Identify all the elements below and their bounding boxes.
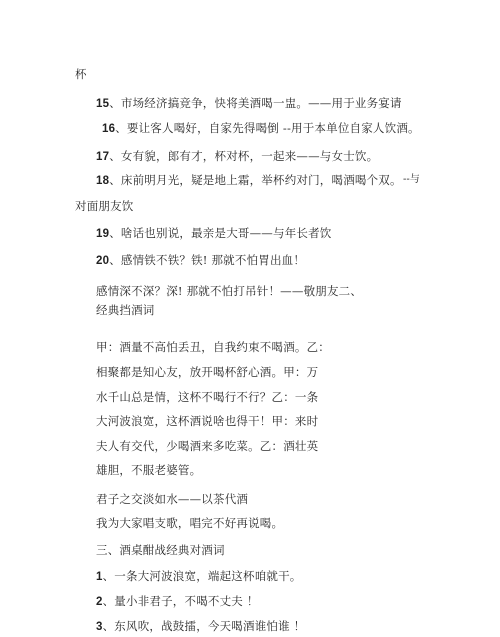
list-item-16: 16、要让客人喝好，自家先得喝倒 --用于本单位自家人饮酒。 (102, 121, 420, 136)
paragraph-line: 感情深不深？深! 那就不怕打吊针！——敬朋友二、 (96, 284, 362, 298)
list-item-2: 2、量小非君子，不喝不丈夫 ！ (96, 594, 259, 609)
text-line-fragment: 杯 (75, 67, 87, 81)
item-text: 、床前明月光，疑是地上霜，举杯约对门，喝酒喝个双。 (109, 173, 402, 187)
item-number: 18 (96, 175, 109, 187)
item-text: 、啥话也别说，最亲是大哥——与年长者饮 (109, 226, 331, 240)
list-item-1: 1、一条大河波浪宽，端起这杯咱就干。 (96, 569, 302, 584)
item-number: 19 (96, 228, 109, 240)
text-line: 对面朋友饮 (75, 199, 134, 213)
dialogue-line: 水千山总是情，这杯不喝行不行？乙：一条 (96, 390, 318, 404)
section-heading: 经典挡酒词 (96, 303, 155, 317)
paragraph-line: 我为大家唱支歌，唱完不好再说喝。 (96, 516, 283, 530)
line-text: 经典挡酒词 (96, 303, 155, 317)
item-number: 3 (96, 621, 103, 633)
item-text: 、感情铁不铁？铁! 那就不怕胃出血！ (109, 253, 305, 267)
list-item-19: 19、啥话也别说，最亲是大哥——与年长者饮 (96, 226, 332, 241)
line-text: 三、酒桌酣战经典对酒词 (96, 543, 225, 557)
list-item-17: 17、女有貌，郎有才，杯对杯，一起来——与女士饮。 (96, 149, 378, 164)
line-text: 感情深不深？深! 那就不怕打吊针！——敬朋友二、 (96, 284, 362, 298)
line-text: 甲：酒量不高怕丢丑，自我约束不喝酒。乙： (96, 340, 330, 354)
line-text: 大河波浪宽，这杯酒说啥也得干！甲：来时 (96, 414, 318, 428)
line-text: 相聚都是知心友，放开喝杯舒心酒。甲：万 (96, 365, 318, 379)
list-item-18-tail: --与 (403, 173, 420, 187)
line-text: 水千山总是情，这杯不喝行不行？乙：一条 (96, 390, 318, 404)
line-text: 夫人有交代，少喝酒来多吃菜。乙：酒壮英 (96, 439, 318, 453)
dialogue-line: 相聚都是知心友，放开喝杯舒心酒。甲：万 (96, 365, 318, 379)
list-item-15: 15、市场经济搞竞争，快将美酒喝一盅。——用于业务宴请 (96, 96, 402, 111)
item-text: 、要让客人喝好，自家先得喝倒 --用于本单位自家人饮酒。 (115, 121, 420, 135)
list-item-20: 20、感情铁不铁？铁! 那就不怕胃出血！ (96, 253, 305, 268)
dialogue-line: 大河波浪宽，这杯酒说啥也得干！甲：来时 (96, 414, 318, 428)
line-text: 对面朋友饮 (75, 199, 134, 213)
dialogue-line: 雄胆，不服老婆管。 (96, 463, 201, 477)
item-number: 17 (96, 151, 109, 163)
item-text: 、市场经济搞竞争，快将美酒喝一盅。——用于业务宴请 (109, 96, 402, 110)
item-number: 1 (96, 571, 103, 583)
item-text: 、量小非君子，不喝不丈夫 ！ (103, 594, 259, 608)
item-number: 20 (96, 255, 109, 267)
list-item-3: 3、东风吹，战鼓擂，今天喝酒谁怕谁 ！ (96, 619, 305, 634)
list-item-18: 18、床前明月光，疑是地上霜，举杯约对门，喝酒喝个双。 (96, 173, 402, 188)
dialogue-line: 夫人有交代，少喝酒来多吃菜。乙：酒壮英 (96, 439, 318, 453)
item-number: 15 (96, 98, 109, 110)
item-number: 16 (102, 123, 115, 135)
line-text: 君子之交淡如水——以茶代酒 (96, 492, 248, 506)
dialogue-line: 甲：酒量不高怕丢丑，自我约束不喝酒。乙： (96, 340, 330, 354)
line-text: 杯 (75, 67, 87, 81)
item-text: 、一条大河波浪宽，端起这杯咱就干。 (103, 569, 302, 583)
section-heading: 三、酒桌酣战经典对酒词 (96, 543, 225, 557)
line-text: 雄胆，不服老婆管。 (96, 463, 201, 477)
item-number: 2 (96, 596, 103, 608)
line-text: 我为大家唱支歌，唱完不好再说喝。 (96, 516, 283, 530)
item-text: 、女有貌，郎有才，杯对杯，一起来——与女士饮。 (109, 149, 378, 163)
paragraph-line: 君子之交淡如水——以茶代酒 (96, 492, 248, 506)
item-text: 、东风吹，战鼓擂，今天喝酒谁怕谁 ！ (103, 619, 306, 633)
